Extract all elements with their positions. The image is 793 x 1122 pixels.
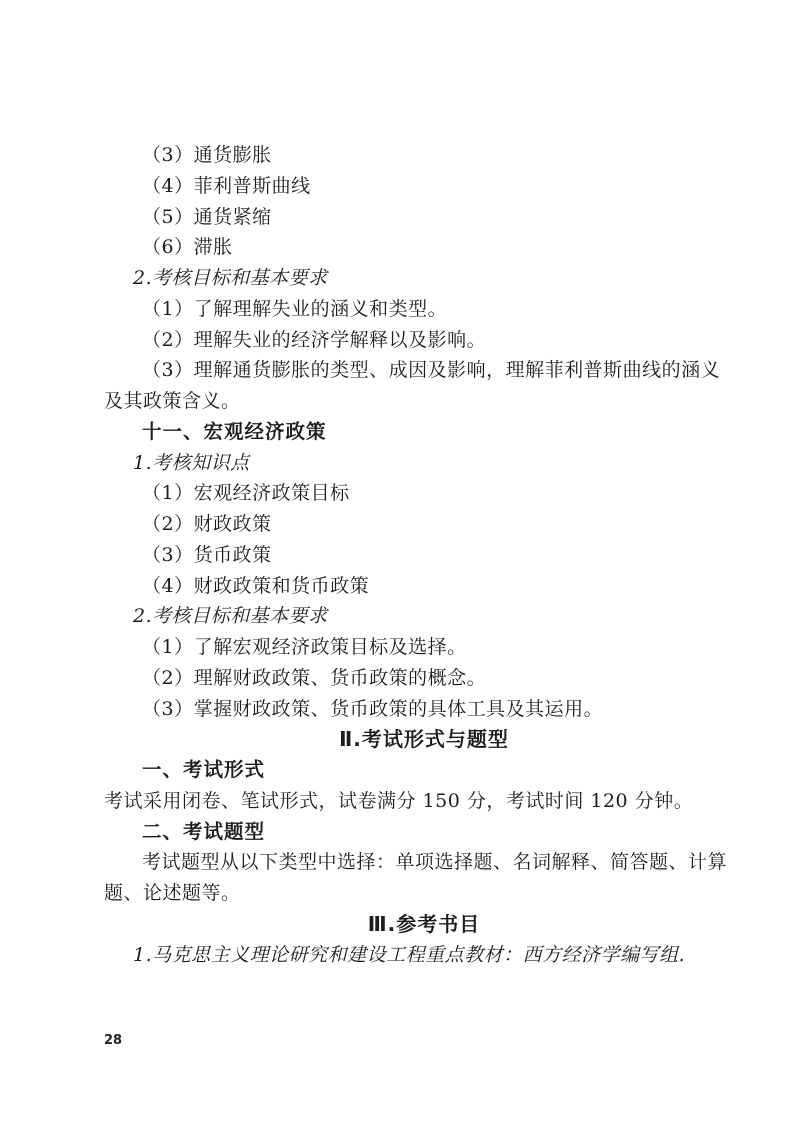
part3-heading-reference-books: Ⅲ.参考书目 <box>104 909 744 940</box>
knowledge-point-item: （6）滞胀 <box>104 232 744 263</box>
knowledge-point-item: （4）菲利普斯曲线 <box>104 171 744 202</box>
subheading-exam-question-types: 二、考试题型 <box>104 817 744 848</box>
knowledge-point-item: （4）财政政策和货币政策 <box>104 571 744 602</box>
knowledge-point-item: （5）通货紧缩 <box>104 202 744 233</box>
objective-item: （3）理解通货膨胀的类型、成因及影响，理解菲利普斯曲线的涵义 <box>104 355 744 386</box>
objective-item: （1）了解理解失业的涵义和类型。 <box>104 294 744 325</box>
objective-item: （2）理解失业的经济学解释以及影响。 <box>104 325 744 356</box>
knowledge-point-item: （3）货币政策 <box>104 540 744 571</box>
exam-question-types-text: 考试题型从以下类型中选择：单项选择题、名词解释、简答题、计算 <box>104 847 744 878</box>
knowledge-point-item: （1）宏观经济政策目标 <box>104 478 744 509</box>
knowledge-point-item: （3）通货膨胀 <box>104 140 744 171</box>
objective-item: （2）理解财政政策、货币政策的概念。 <box>104 663 744 694</box>
subheading-exam-format: 一、考试形式 <box>104 755 744 786</box>
reference-book-item: 1.马克思主义理论研究和建设工程重点教材：西方经济学编写组. <box>104 940 744 971</box>
assessment-objectives-label: 2.考核目标和基本要求 <box>104 263 744 294</box>
knowledge-point-item: （2）财政政策 <box>104 509 744 540</box>
assessment-objectives-label: 2.考核目标和基本要求 <box>104 601 744 632</box>
document-body: （3）通货膨胀 （4）菲利普斯曲线 （5）通货紧缩 （6）滞胀 2.考核目标和基… <box>104 140 744 970</box>
exam-question-types-text-continuation: 题、论述题等。 <box>104 878 744 909</box>
objective-item: （3）掌握财政政策、货币政策的具体工具及其运用。 <box>104 694 744 725</box>
page-number: 28 <box>104 1033 122 1049</box>
exam-format-text: 考试采用闭卷、笔试形式，试卷满分 150 分，考试时间 120 分钟。 <box>104 786 744 817</box>
objective-item: （1）了解宏观经济政策目标及选择。 <box>104 632 744 663</box>
section-heading-eleven-macro-policy: 十一、宏观经济政策 <box>104 417 744 448</box>
part2-heading-exam-format-and-types: Ⅱ.考试形式与题型 <box>104 724 744 755</box>
objective-item-continuation: 及其政策含义。 <box>104 386 744 417</box>
knowledge-points-label: 1.考核知识点 <box>104 448 744 479</box>
document-page: （3）通货膨胀 （4）菲利普斯曲线 （5）通货紧缩 （6）滞胀 2.考核目标和基… <box>0 0 793 1122</box>
